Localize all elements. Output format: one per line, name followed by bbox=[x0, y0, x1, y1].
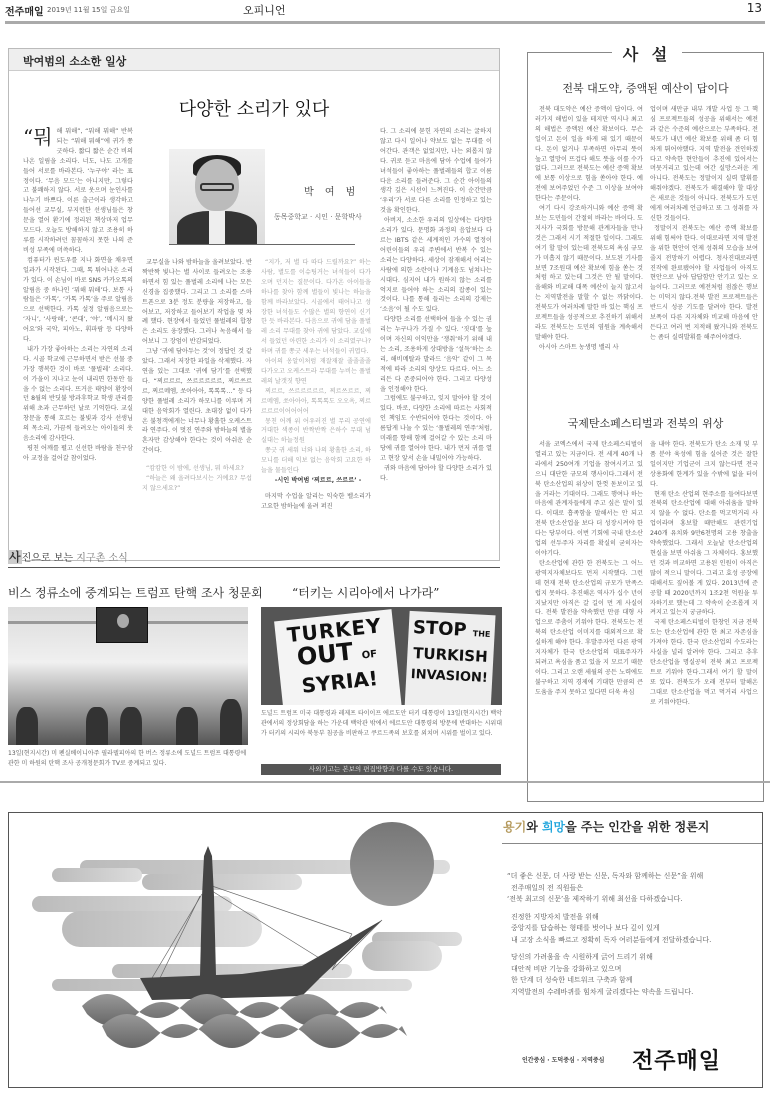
masthead: 전주매일 bbox=[5, 3, 44, 18]
ad-paragraph-2: 진정한 지방자치 발전을 위해 중앙지를 답습하는 형태를 벗어나 보다 깊이 … bbox=[507, 912, 757, 947]
editorial2-col1: 서울 코엑스에서 국제 탄소페스티벌이 열리고 있는 지금이다. 전 세계 40… bbox=[535, 440, 643, 795]
ad-paragraph-3: 당신의 가려움을 속 시원하게 긁어 드리기 위해 대안적 비판 기능을 강화하… bbox=[507, 952, 757, 998]
column-series-bar: 박여범의 소소한 일상 bbox=[9, 49, 499, 71]
photo-section-rule bbox=[8, 567, 500, 568]
paragraph: 아버지, 소소한 우리의 일상에는 다양한 소리가 있다. 문명화 과정의 음압… bbox=[380, 216, 492, 315]
editorial1-col2: 업이며 새만금 내부 개발 사업 등 그 핵심 프로젝트들의 성공을 위해서는 … bbox=[650, 105, 758, 405]
editorial-label: 사 설 bbox=[612, 42, 682, 65]
paragraph: 아이의 옹알이처럼 재잘재잘 졸졸졸졸 다가오고 오케스트라 무대를 누비는 풀… bbox=[261, 357, 371, 387]
ad-logo: 전주매일 bbox=[632, 1044, 721, 1075]
paragraph: 내가 가장 좋아하는 소리는 자연의 소리다. 시골 학교에 근무하면서 받은 … bbox=[23, 345, 133, 444]
paragraph: 현재 탄소 산업의 현주소를 들여다보면 전북의 탄소산업에 대해 아쉬움을 말… bbox=[650, 490, 758, 619]
photo1-bus-stop-image bbox=[8, 607, 248, 745]
paragraph: 마지막 수업을 알리는 익숙한 벨소리가 고요한 밤하늘에 울려 퍼진 bbox=[261, 492, 371, 512]
editorial2-col2: 을 내야 한다. 전북도가 탄소 소재 및 부품 분야 육성에 힘을 실어준 것… bbox=[650, 440, 758, 795]
paragraph: 여기 다시 강조하거니와 예산 증액 확보는 도민들이 간절히 바라는 바이다.… bbox=[535, 204, 643, 343]
ad-paragraph-1: “더 좋은 신문, 더 사랑 받는 신문, 독자와 함께하는 신문”을 위해 전… bbox=[507, 871, 757, 906]
photo2-protest-image: TURKEY OUT OF SYRIA! STOP THE TURKISH IN… bbox=[261, 607, 502, 705]
page-number: 13 bbox=[747, 1, 762, 15]
section-divider bbox=[0, 781, 770, 783]
photo-section-heading: 사진으로 보는 지구촌 소식 bbox=[8, 548, 128, 565]
paragraph: 국제 탄소페스티벌이 한창인 지금 전북도는 탄소산업에 관한 한 최고 자존심… bbox=[650, 618, 758, 707]
photo1-title: 비스 정류소에 중계되는 트럼프 탄핵 조사 청문회 bbox=[8, 584, 263, 601]
editorial1-col1: 전북 대도약은 예산 증액이 답이다. 여러가지 해법이 있을 테지만 역시나 … bbox=[535, 105, 643, 405]
photo2-caption: 도널드 트럼프 미국 대통령과 레제프 타이이프 에르도안 터키 대통령이 13… bbox=[261, 709, 502, 739]
author-photo bbox=[169, 149, 265, 244]
column-text-col2: 교무실을 나와 밤하늘을 올려보았다. 반짝반짝 빛나는 별 사이로 들려오는 … bbox=[142, 258, 252, 558]
paragraph: 찌르르, 쓰르르르르르, 찌르쓰르르, 찌르메엠, 쏘아아아, 톡톡톡도 오오옥… bbox=[261, 387, 371, 417]
paragraph: 아시아 스마트 농생명 밸리 사 bbox=[535, 343, 643, 353]
protest-sign-1: TURKEY OUT OF SYRIA! bbox=[274, 609, 402, 705]
poem-credit: -시인 박여범 ‘찌르르, 쓰르르’ - bbox=[261, 476, 371, 486]
paragraph: 을 내야 한다. 전북도가 탄소 소재 및 부품 분야 육성에 힘을 실어준 것… bbox=[650, 440, 758, 490]
author-name: 박 여 범 bbox=[304, 183, 359, 198]
ship-illustration bbox=[12, 816, 472, 1084]
paragraph: 전북 대도약은 예산 증액이 답이다. 여러가지 해법이 있을 테지만 역시나 … bbox=[535, 105, 643, 204]
column-text-col4: 다. 그 소리에 묻힌 자연의 소리는 굴하지 않고 다시 일어나 약보도 없는… bbox=[380, 127, 492, 557]
paragraph: 업이며 새만금 내부 개발 사업 등 그 핵심 프로젝트들의 성공을 위해서는 … bbox=[650, 105, 758, 224]
column-text-col3: “지가, 저 별 다 따다 드릴까요?” 하는 사람, 별도를 이슈팅거는 녀석… bbox=[261, 258, 371, 558]
paragraph: 귀와 마음에 담아야 할 다양한 소리가 있다. bbox=[380, 464, 492, 484]
paragraph: 그럼에도 불구하고, 잊지 말아야 할 것이 있다. 바로, 다양한 소리에 따… bbox=[380, 394, 492, 463]
column-series-title: 박여범의 소소한 일상 bbox=[23, 53, 126, 69]
author-rule bbox=[169, 244, 355, 245]
column-box: 박여범의 소소한 일상 다양한 소리가 있다 박 여 범 동목중학교 · 시인 … bbox=[8, 48, 500, 561]
dropcap: “뭐 bbox=[23, 127, 53, 147]
section-name: 오피니언 bbox=[243, 2, 286, 18]
paragraph: “지가, 저 별 다 따다 드릴까요?” 하는 사람, 별도를 이슈팅거는 녀석… bbox=[261, 258, 371, 357]
paragraph: 평친 어깨를 펼고 신선한 바람을 친구삼아 교정을 걸어갈 참이었다. bbox=[23, 444, 133, 464]
author-title: 동목중학교 · 시인 · 문학박사 bbox=[274, 212, 362, 222]
heading-text: 진으로 보는 bbox=[22, 553, 77, 564]
paragraph: 다. 그 소리에 묻힌 자연의 소리는 굴하지 않고 다시 일어나 약보도 없는… bbox=[380, 127, 492, 216]
ad-slogan: 용기와 희망을 주는 인간을 위한 정론지 bbox=[503, 818, 709, 835]
paragraph: 정말이지 전북도는 예산 증액 확보를 위해 힘써야 한다. 이대로라면 지역 … bbox=[650, 224, 758, 343]
paragraph: “캄캄한 이 밤에, 선생님, 뭐 하세요? bbox=[142, 464, 252, 474]
heading-accent: 지구촌 소식 bbox=[76, 553, 127, 564]
editorial-headline-2: 국제탄소페스티벌과 전북의 위상 bbox=[527, 415, 764, 431]
paragraph: 교무실을 나와 밤하늘을 올려보았다. 반짝반짝 빛나는 별 사이로 들려오는 … bbox=[142, 258, 252, 347]
paragraph: 그냥 ‘귀에 담아두는 것’이 정답인 것 같았다. 그래서 저장한 파일을 삭… bbox=[142, 347, 252, 456]
paragraph: 쫑긋 귀 세워 너와 나의 황홀한 소리, 하모니를 더해 익보 없는 음악회 … bbox=[261, 446, 371, 476]
paragraph: 서울 코엑스에서 국제 탄소페스티벌이 열리고 있는 지금이다. 전 세계 40… bbox=[535, 440, 643, 559]
ad-slogan-rule bbox=[502, 843, 762, 844]
paragraph: 컴퓨터가 윈도우를 지나 화면을 채우면 일과가 시작된다. 그때, 톡 튀어나… bbox=[23, 256, 133, 345]
ad-body-text: “더 좋은 신문, 더 사랑 받는 신문, 독자와 함께하는 신문”을 위해 전… bbox=[507, 871, 757, 1004]
ad-tagline: 인간중심 · 도덕중심 · 지역중심 bbox=[522, 1055, 604, 1064]
paragraph: 몽친 어깨 위 어우러진 별 무리 공연에 거대한 색종이 반짝반짝 은하수 무… bbox=[261, 417, 371, 447]
paragraph: 다양한 소리를 선택하여 들을 수 있는 권리는 누구나가 가질 수 있다. ‘… bbox=[380, 315, 492, 394]
editorial-headline-1: 전북 대도약, 증액된 예산이 답이다 bbox=[527, 80, 764, 96]
paragraph: “하늘은 왜 올려다보시는 거예요? 무섭지 않으세요?” bbox=[142, 474, 252, 494]
disclaimer-bar: 사외기고는 본보의 편집방향과 다를 수도 있습니다. bbox=[261, 764, 501, 775]
photo1-caption: 13일(현지시간) 미 펜실베이니아주 필라델피아의 한 버스 정류소에 도널드… bbox=[8, 749, 250, 769]
heading-initial: 사 bbox=[8, 550, 22, 564]
protest-sign-2: STOP THE TURKISH INVASION! bbox=[404, 611, 495, 705]
column-text-col1: “뭐 해 뭐해”, “뭐해 뭐해” 반복되는 “뭐해 뭐해”에 귀가 쫑긋하다.… bbox=[23, 127, 133, 557]
column-headline: 다양한 소리가 있다 bbox=[9, 95, 499, 121]
header-rule bbox=[5, 21, 765, 24]
photo2-title: “터키는 시리아에서 나가라” bbox=[292, 584, 439, 601]
publication-date: 2019년 11월 15일 금요일 bbox=[47, 5, 130, 15]
paragraph: 탄소산업에 관한 한 전북도는 그 어느 광역지자체보다도 먼저 시작했다. 그… bbox=[535, 559, 643, 698]
